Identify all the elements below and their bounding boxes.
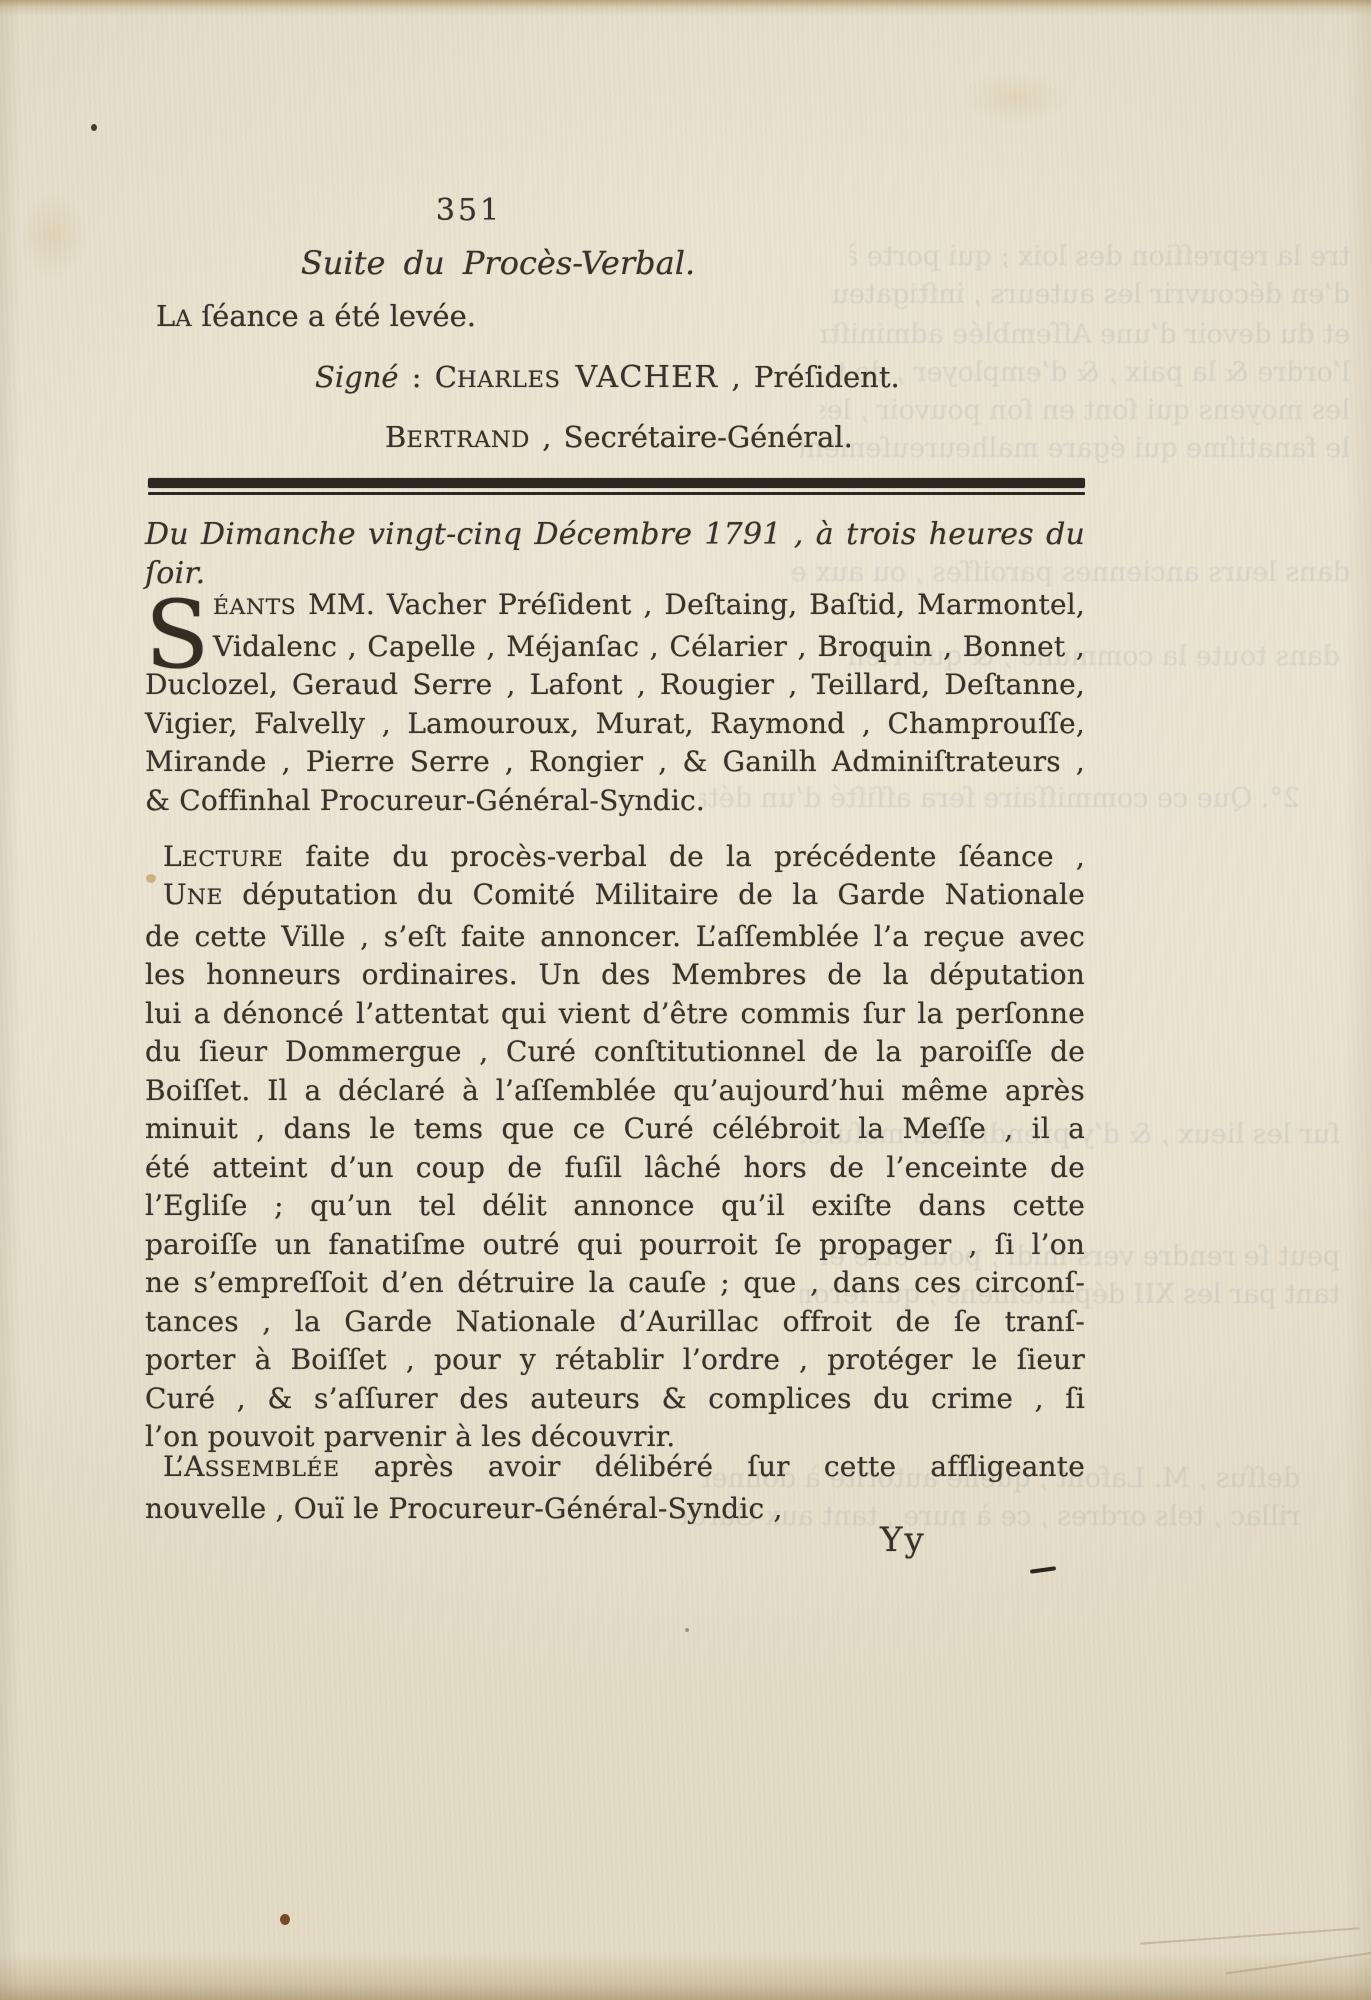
ink-speck — [685, 1628, 689, 1632]
text-line: UNE députation du Comité Militaire de la… — [145, 876, 1085, 918]
lecture-cap: L — [163, 840, 182, 873]
pen-mark — [1030, 1566, 1056, 1574]
paper-crease — [1226, 1952, 1371, 1974]
text-line: Vigier, Falvelly , Lamouroux, Murat, Ray… — [145, 705, 1085, 744]
secretary-signature-line: BERTRAND , Secrétaire-Général. — [385, 420, 853, 454]
paper-stain — [18, 190, 88, 280]
assemblee-cap: L’A — [163, 1450, 205, 1483]
lecture-smallcaps: ECTURE — [182, 847, 284, 872]
text-line: & Coffinhal Procureur-Général-Syndic. — [145, 782, 1085, 821]
seants-rest: MM. Vacher Préſident , Deſtaing, Baſtid,… — [296, 588, 1085, 621]
section-divider-rule — [148, 478, 1085, 495]
ink-speck — [91, 124, 97, 131]
une-rest: députation du Comité Militaire de la Gar… — [223, 878, 1085, 911]
une-cap: U — [163, 878, 187, 911]
text-line: ne s’empreſſoit d’en détruire la cauſe ;… — [145, 1264, 1085, 1303]
bleedthrough-line: tre la repreſſion des loix ; qui porte à… — [850, 240, 1350, 274]
bleedthrough-line: les moyens qui ſont en ſon pouvoir , les… — [820, 394, 1350, 428]
text-line: Vidalenc , Capelle , Méjanſac , Célarier… — [213, 628, 1085, 667]
rule-thick — [148, 478, 1085, 488]
text-line: du ſieur Dommergue , Curé conſtitutionne… — [145, 1033, 1085, 1072]
firstname-cap: C — [435, 360, 457, 394]
lecture-line: LECTURE faite du procès-verbal de la pré… — [145, 838, 1085, 880]
text-line: l’Egliſe ; qu’un tel délit annonce qu’il… — [145, 1187, 1085, 1226]
text-line: minuit , dans le tems que ce Curé célébr… — [145, 1110, 1085, 1149]
drop-cap: S — [145, 590, 209, 682]
assemblee-smallcaps: SSEMBLÉE — [205, 1457, 340, 1482]
closing-rest: ſéance a été levée. — [192, 299, 476, 333]
catchword: Yy — [880, 1520, 926, 1560]
text-line: ÉANTS MM. Vacher Préſident , Deſtaing, B… — [213, 586, 1085, 628]
president-signature-line: Signé : CHARLES VACHER , Préſident. — [315, 360, 900, 395]
text-line: L’ASSEMBLÉE après avoir délibéré ſur cet… — [145, 1448, 1085, 1490]
bleedthrough-line: le fanatiſme qui égare malheureuſement u… — [800, 432, 1350, 466]
seants-smallcaps: ÉANTS — [213, 595, 296, 620]
secretary-title: , Secrétaire-Général. — [530, 420, 853, 454]
text-line: nouvelle , Ouï le Procureur-Général-Synd… — [145, 1490, 1085, 1529]
text-line: les honneurs ordinaires. Un des Membres … — [145, 956, 1085, 995]
text-line: Duclozel, Geraud Serre , Lafont , Rougie… — [145, 666, 1085, 705]
bleedthrough-line: l’ordre & la paix , & d’employer , de to… — [840, 356, 1350, 390]
deputation-lines: de cette Ville , s’eſt faite annoncer. L… — [145, 918, 1085, 1457]
text-line: porter à Boiſſet , pour y rétablir l’ord… — [145, 1341, 1085, 1380]
paper-stain — [960, 70, 1070, 126]
text-line: tances , la Garde Nationale d’Aurillac o… — [145, 1303, 1085, 1342]
bleedthrough-line: et du devoir d’une Aſſemblée adminiſtrat… — [820, 318, 1350, 352]
paper-crease — [1140, 1927, 1360, 1944]
text-line: Curé , & s’aſſurer des auteurs & complic… — [145, 1380, 1085, 1419]
assemblee-rest: après avoir délibéré ſur cette affligean… — [340, 1450, 1085, 1483]
session-date-line: Du Dimanche vingt-cinq Décembre 1791 , à… — [145, 516, 1085, 593]
rule-thin — [148, 492, 1085, 495]
text-line: Boiſſet. Il a déclaré à l’aſſemblée qu’a… — [145, 1072, 1085, 1111]
running-head: Suite du Procès-Verbal. — [293, 244, 703, 282]
text-line: de cette Ville , s’eſt faite annoncer. L… — [145, 918, 1085, 957]
deputation-paragraph: UNE députation du Comité Militaire de la… — [145, 876, 1085, 1457]
lecture-rest: faite du procès-verbal de la précédente … — [283, 840, 1085, 873]
scanned-page: tre la repreſſion des loix ; qui porte à… — [0, 0, 1371, 2000]
text-line: lui a dénoncé l’attentat qui vient d’êtr… — [145, 995, 1085, 1034]
rust-speck — [280, 1914, 290, 1925]
attendees-paragraph: S ÉANTS MM. Vacher Préſident , Deſtaing,… — [145, 586, 1085, 820]
bleedthrough-line: d’en découvrir les auteurs , inſtigateur… — [830, 278, 1350, 312]
firstname-smallcaps: HARLES — [457, 367, 561, 393]
resolution-paragraph: L’ASSEMBLÉE après avoir délibéré ſur cet… — [145, 1448, 1085, 1528]
signed-colon: : — [399, 360, 435, 394]
closing-cap: L — [156, 299, 175, 333]
closing-smallcaps: A — [175, 306, 192, 332]
secretary-cap: B — [385, 420, 406, 454]
page-number: 351 — [414, 193, 524, 228]
text-line: été atteint d’un coup de fuſil lâché hor… — [145, 1149, 1085, 1188]
president-title: , Préſident. — [718, 360, 899, 394]
closing-line: LA ſéance a été levée. — [156, 299, 476, 333]
une-smallcaps: NE — [187, 885, 223, 910]
signed-label: Signé — [315, 360, 399, 394]
text-line: paroiſſe un fanatiſme outré qui pourroit… — [145, 1226, 1085, 1265]
secretary-smallcaps: ERTRAND — [406, 427, 530, 453]
president-surname: VACHER — [561, 360, 719, 395]
text-line: Mirande , Pierre Serre , Rongier , & Gan… — [145, 743, 1085, 782]
